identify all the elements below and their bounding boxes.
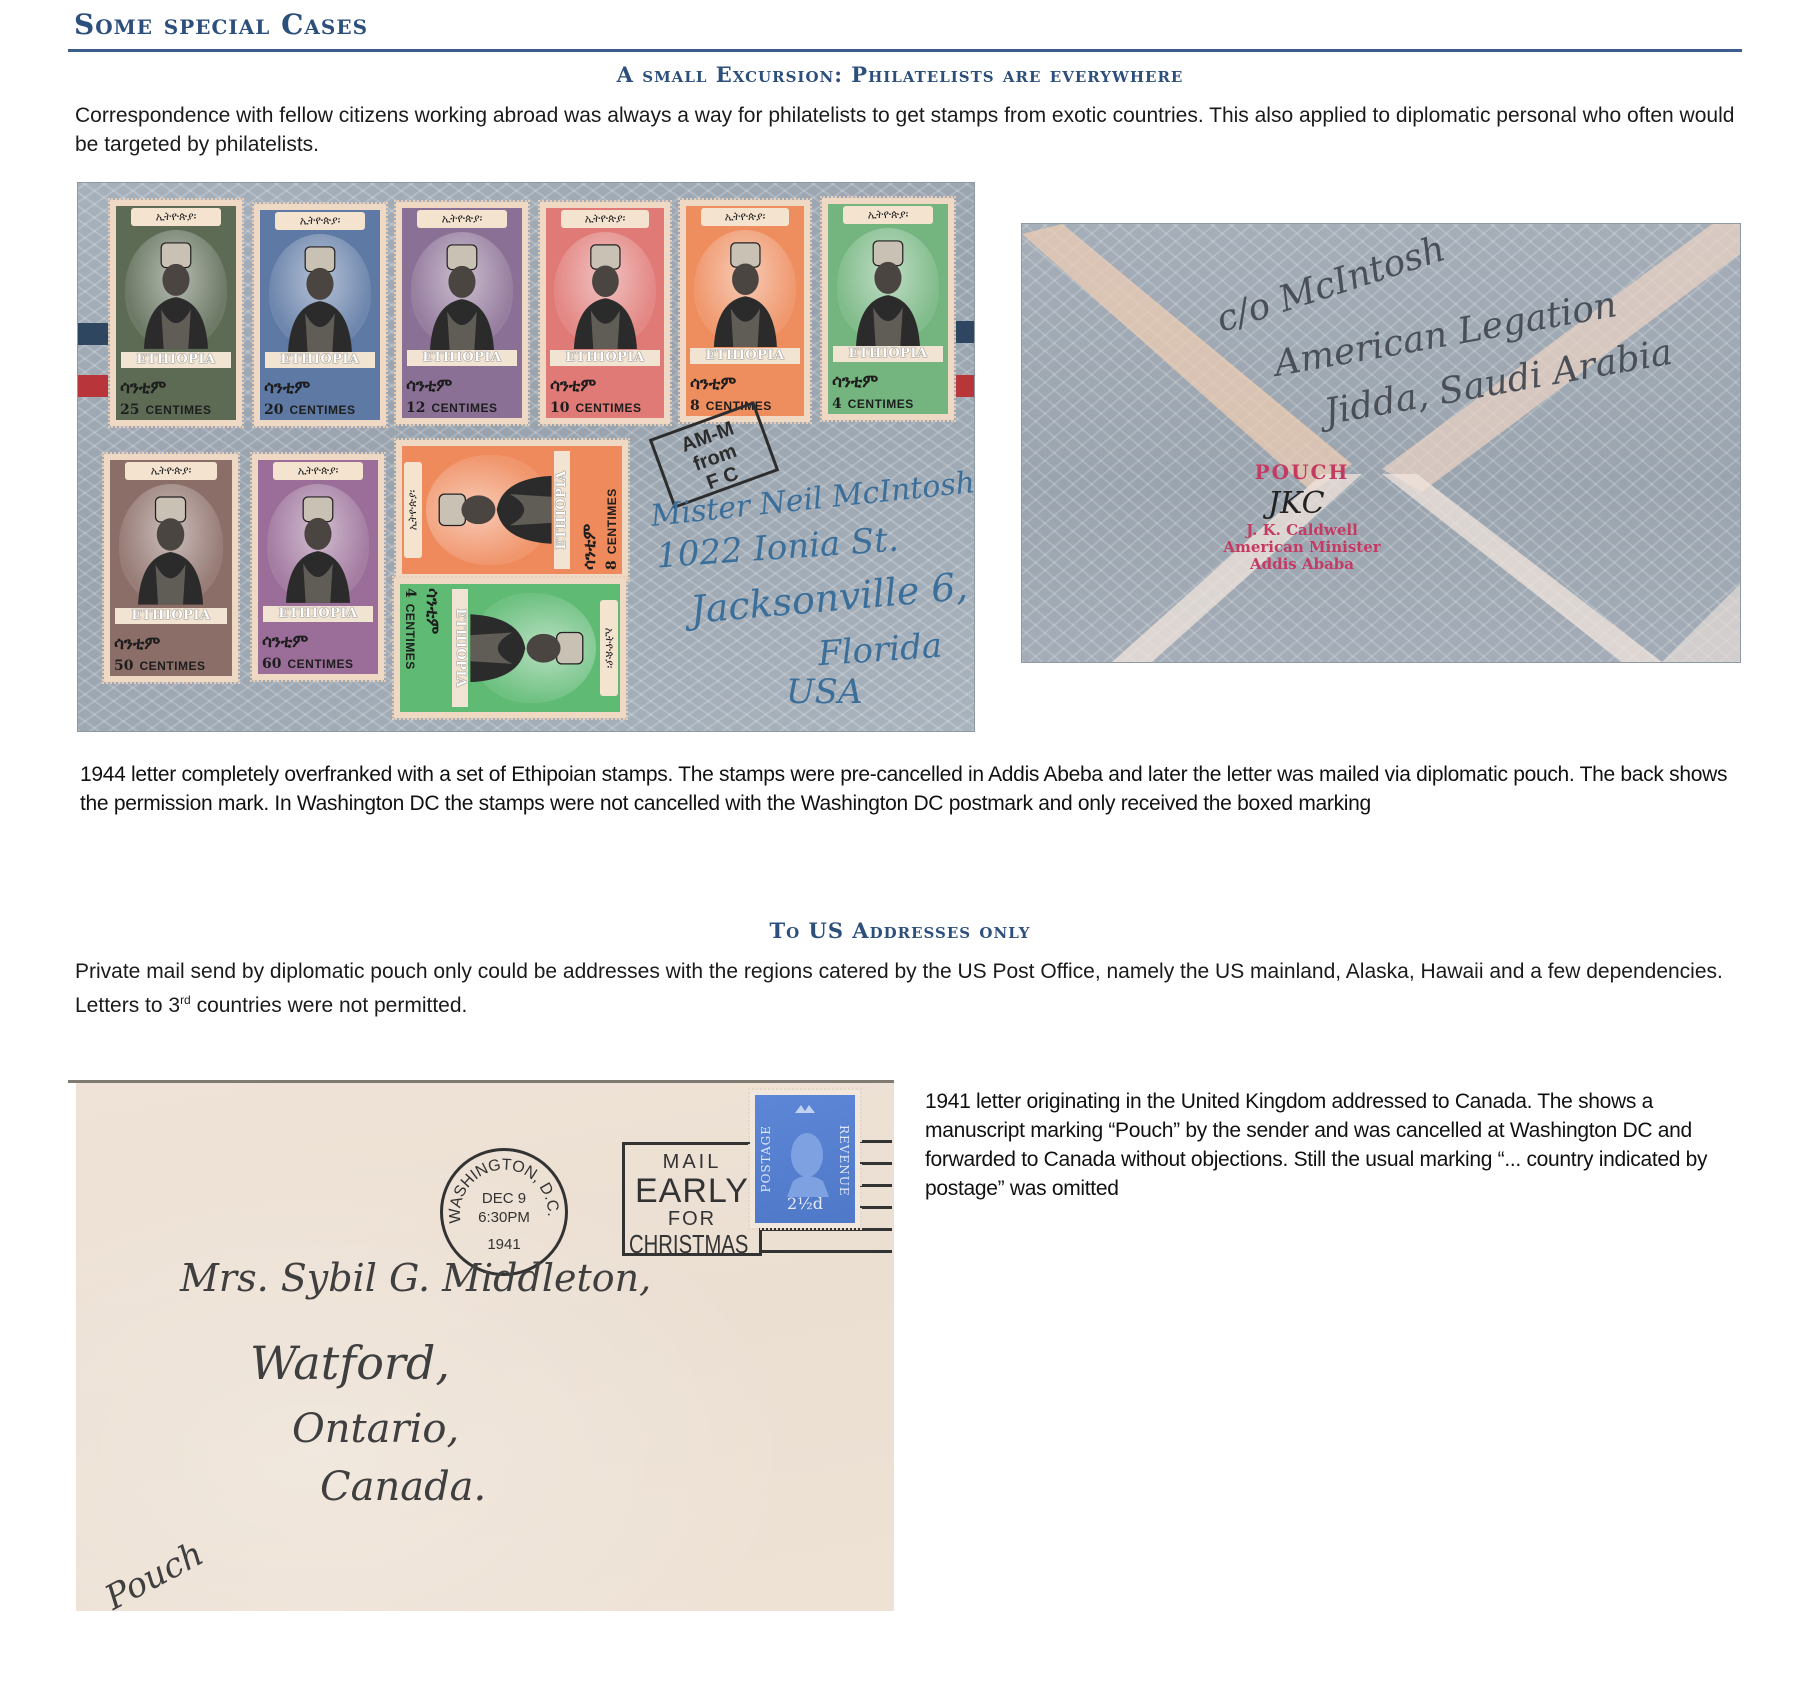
stamp-country: ETHIOPIA <box>265 352 376 368</box>
stamp-banner: ኢትዮጵያ፡ <box>600 600 618 695</box>
slogan-line: MAIL <box>625 1151 759 1174</box>
slogan-line: EARLY <box>625 1174 759 1208</box>
stamp-value: 20CENTIMES <box>264 402 382 418</box>
stamp-banner: ኢትዮጵያ፡ <box>561 210 649 228</box>
stamp-side-text: POSTAGE <box>759 1125 773 1193</box>
stamp-value: 8CENTIMES <box>604 444 620 570</box>
address-line: Watford, <box>250 1336 450 1390</box>
ethiopian-stamp: ኢትዮጵያ፡ETHIOPIAሳንቲም50CENTIMES <box>104 454 238 682</box>
stamp-amharic-value: ሳንቲም <box>406 376 522 396</box>
ethiopian-stamp: ኢትዮጵያ፡ETHIOPIAሳንቲም10CENTIMES <box>540 202 670 424</box>
stamp-country: ETHIOPIA <box>121 352 232 368</box>
emperor-portrait-icon <box>281 492 355 603</box>
stamp-country: ETHIOPIA <box>452 589 468 707</box>
stamp-amharic-value: ሳንቲም <box>264 378 380 398</box>
ethiopian-stamp: ኢትዮጵያ፡ETHIOPIAሳንቲም20CENTIMES <box>254 204 386 426</box>
stamp-amharic-value: ሳንቲም <box>422 588 442 712</box>
stamp-amharic-value: ሳንቲም <box>832 372 948 392</box>
stamp-side-text: REVENUE <box>837 1125 851 1197</box>
postmark-time: 6:30PM <box>443 1208 565 1227</box>
emperor-portrait-icon <box>434 471 552 549</box>
stamp-value: 10CENTIMES <box>550 400 666 416</box>
stamp-banner: ኢትዮጵያ፡ <box>701 208 789 226</box>
stamp-amharic-value: ሳንቲም <box>550 376 664 396</box>
airmail-bar-red <box>78 375 108 397</box>
ethiopian-stamp: ኢትዮጵያ፡ETHIOPIAሳንቲም4CENTIMES <box>822 198 954 420</box>
stamp-value: 4CENTIMES <box>832 396 950 412</box>
stamp-banner: ኢትዮጵያ፡ <box>275 212 365 230</box>
stamp-country: ETHIOPIA <box>550 350 659 366</box>
cover-caption-1941: 1941 letter originating in the United Ki… <box>925 1087 1745 1203</box>
ethiopia-cover-back: c/o McIntosh American Legation Jidda, Sa… <box>1022 224 1740 662</box>
page-title: Some special Cases <box>74 8 368 41</box>
emperor-portrait-icon <box>569 240 642 349</box>
stamp-banner: ኢትዮጵያ፡ <box>131 208 221 226</box>
stamp-banner: ኢትዮጵያ፡ <box>273 462 363 480</box>
ethiopian-stamp: ኢትዮጵያ፡ETHIOPIAሳንቲም12CENTIMES <box>396 202 528 424</box>
address-line: Canada. <box>320 1464 486 1510</box>
minister-line: American Minister <box>1202 539 1402 556</box>
stamp-banner: ኢትዮጵያ፡ <box>417 210 507 228</box>
stamp-value: 60CENTIMES <box>262 656 380 672</box>
stamp-value: 25CENTIMES <box>120 402 238 418</box>
stamp-value: 4CENTIMES <box>402 588 418 714</box>
address-line: USA <box>786 672 863 712</box>
postmark-year: 1941 <box>443 1235 565 1254</box>
emperor-portrait-icon <box>139 238 213 349</box>
ethiopian-stamp: ኢትዮጵያ፡ETHIOPIAሳንቲም4CENTIMES <box>394 578 626 718</box>
stamp-country: ETHIOPIA <box>263 606 374 622</box>
ethiopian-stamp: ኢትዮጵያ፡ETHIOPIAሳንቲም60CENTIMES <box>252 454 384 680</box>
postmark-date: DEC 9 <box>443 1189 565 1208</box>
slogan-line: FOR <box>625 1208 759 1231</box>
stamp-banner: ኢትዮጵያ፡ <box>404 462 422 557</box>
stamp-amharic-value: ሳንቲም <box>262 632 378 652</box>
section-intro-us-addresses: Private mail send by diplomatic pouch on… <box>75 957 1755 1020</box>
intro-text: countries were not permitted. <box>191 994 468 1017</box>
minister-line: Addis Ababa <box>1202 556 1402 573</box>
stamp-country: ETHIOPIA <box>690 348 799 364</box>
stamp-amharic-value: ሳንቲም <box>580 446 600 570</box>
section-intro-excursion: Correspondence with fellow citizens work… <box>75 101 1755 159</box>
cancel-wave-line <box>762 1250 892 1253</box>
stamp-amharic-value: ሳንቲም <box>120 378 236 398</box>
george-vi-stamp: POSTAGE REVENUE 2½d <box>750 1090 860 1228</box>
stamp-amharic-value: ሳንቲም <box>690 374 804 394</box>
stamp-value: 12CENTIMES <box>406 400 524 416</box>
christmas-slogan-cancel: MAIL EARLY FOR CHRISTMAS <box>622 1142 762 1256</box>
cover-caption-1944: 1944 letter completely overfranked with … <box>80 760 1760 818</box>
emperor-portrait-icon <box>851 236 925 347</box>
address-line: Ontario, <box>292 1406 459 1452</box>
stamp-amharic-value: ሳንቲም <box>114 634 232 654</box>
emperor-portrait-icon <box>470 609 588 687</box>
pouch-label: POUCH <box>1222 460 1382 484</box>
slogan-line: CHRISTMAS <box>629 1231 763 1257</box>
stamp-value: 50CENTIMES <box>114 658 234 674</box>
stamp-country: ETHIOPIA <box>554 451 570 569</box>
ordinal-suffix: rd <box>180 993 191 1007</box>
title-divider <box>68 49 1742 52</box>
ethiopian-stamp: ኢትዮጵያ፡ETHIOPIAሳንቲም8CENTIMES <box>396 440 628 580</box>
stamp-value: 2½d <box>755 1194 855 1213</box>
minister-stamp: J. K. Caldwell American Minister Addis A… <box>1202 522 1402 573</box>
stamp-country: ETHIOPIA <box>833 346 944 362</box>
ethiopian-stamp: ኢትዮጵያ፡ETHIOPIAሳንቲም8CENTIMES <box>680 200 810 422</box>
signature: JKC <box>1268 486 1325 521</box>
airmail-bar-red <box>956 375 974 397</box>
airmail-bar-blue <box>78 323 108 345</box>
stamp-banner: ኢትዮጵያ፡ <box>843 206 933 224</box>
stamp-country: ETHIOPIA <box>407 350 518 366</box>
address-line: Mrs. Sybil G. Middleton, <box>180 1256 651 1300</box>
ethiopian-stamp: ኢትዮጵያ፡ETHIOPIAሳንቲም25CENTIMES <box>110 200 242 426</box>
section-heading-excursion: A small Excursion: Philatelists are ever… <box>0 62 1800 87</box>
cancel-wave-line <box>762 1228 892 1231</box>
minister-line: J. K. Caldwell <box>1202 522 1402 539</box>
airmail-bar-blue <box>956 321 974 343</box>
emperor-portrait-icon <box>425 240 499 351</box>
stamp-country: ETHIOPIA <box>115 608 228 624</box>
section-heading-us-addresses: To US Addresses only <box>0 918 1800 943</box>
stamp-banner: ኢትዮጵያ፡ <box>125 462 216 480</box>
emperor-portrait-icon <box>133 492 208 605</box>
emperor-portrait-icon <box>709 238 782 347</box>
emperor-portrait-icon <box>283 242 357 353</box>
